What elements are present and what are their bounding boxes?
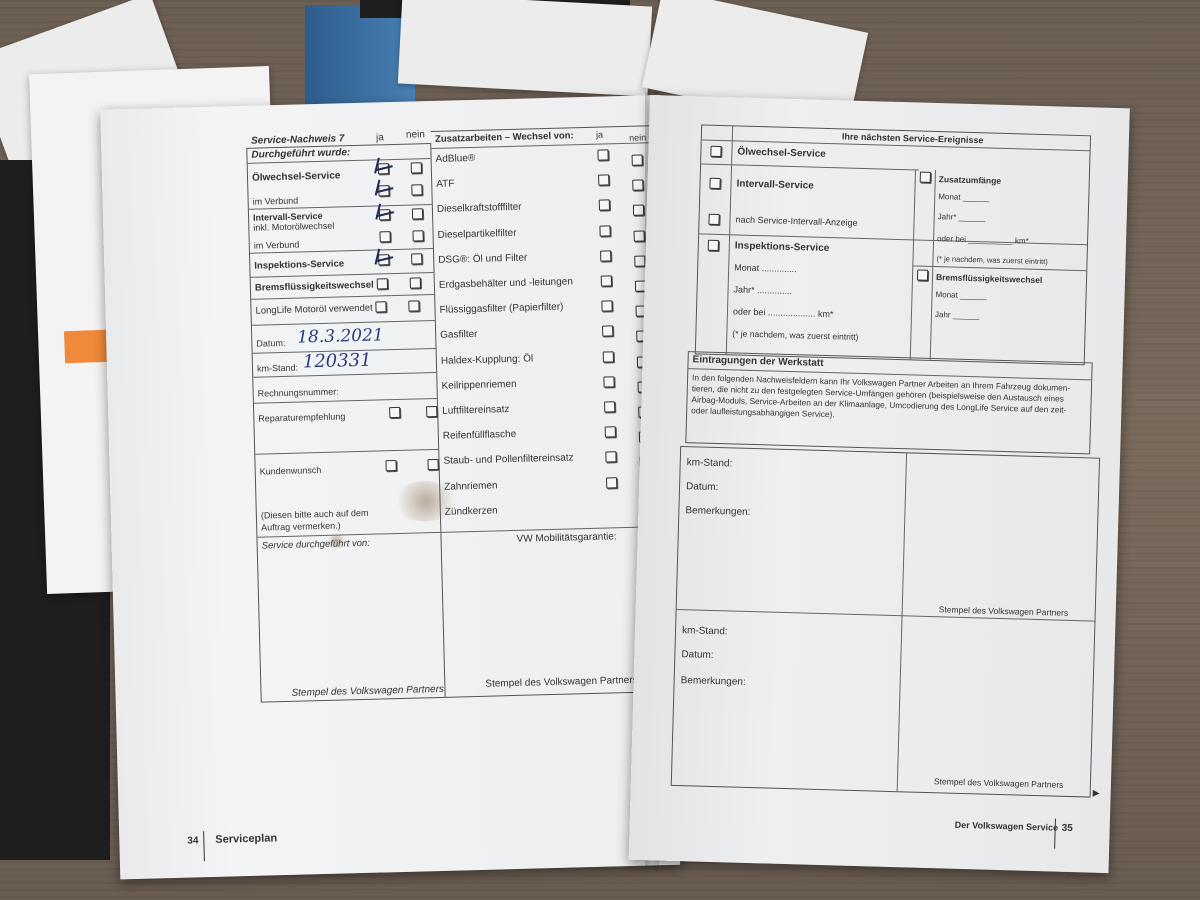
- zusatz-item-label: Luftfiltereinsatz: [442, 404, 510, 417]
- left-page: Service-Nachweis 7 ja nein Durchgeführt …: [100, 95, 680, 879]
- divider: [251, 294, 434, 300]
- zusatz-item-label: Keilrippenriemen: [441, 379, 516, 392]
- zusatz-item-label: AdBlue®: [435, 153, 475, 165]
- kundenwunsch-label: Kundenwunsch: [260, 465, 322, 477]
- zusatz-no-checkbox[interactable]: [632, 154, 643, 165]
- zusatz-no-checkbox[interactable]: [634, 255, 645, 266]
- col-yes-label: ja: [376, 132, 384, 143]
- datum-label: Datum:: [256, 338, 285, 349]
- extras-jahr: Jahr* ______: [938, 212, 986, 222]
- divider: [726, 126, 733, 354]
- reparatur-no-checkbox[interactable]: [426, 406, 437, 417]
- datum-handwritten[interactable]: 18.3.2021: [297, 325, 384, 347]
- rechnung-label: Rechnungsnummer:: [258, 387, 339, 399]
- datum-label-1: Datum:: [686, 481, 719, 493]
- brake-monat: Monat ______: [935, 290, 986, 300]
- extras-label: Zusatzumfänge: [939, 174, 1002, 186]
- verbund2-yes-checkbox[interactable]: [379, 231, 390, 242]
- footer-divider: [1054, 819, 1056, 849]
- inspection-jahr: Jahr* ..............: [733, 284, 792, 296]
- zusatz-yes-checkbox[interactable]: [599, 225, 610, 236]
- divider: [255, 449, 438, 455]
- zusatz-no-checkbox[interactable]: [633, 205, 644, 216]
- row-verbund1-label: im Verbund: [253, 196, 299, 207]
- zusatz-item-label: Haldex-Kupplung: Öl: [441, 353, 534, 366]
- extras-checkbox[interactable]: [920, 172, 931, 183]
- zusatz-no-checkbox[interactable]: [634, 230, 645, 241]
- stamp-label-mid: Stempel des Volkswagen Partners: [485, 675, 638, 690]
- zusatz-yes-checkbox[interactable]: [602, 326, 613, 337]
- interval-label: Intervall-Service: [736, 178, 814, 191]
- divider: [910, 169, 916, 359]
- inspection-monat: Monat ..............: [734, 262, 797, 274]
- zusatz-yes-checkbox[interactable]: [601, 275, 612, 286]
- inspection-label: Inspektions-Service: [735, 240, 830, 254]
- reparatur-yes-checkbox[interactable]: [389, 407, 400, 418]
- stamp-label-2: Stempel des Volkswagen Partners: [934, 776, 1064, 790]
- inspektion-no-checkbox[interactable]: [411, 253, 422, 264]
- durchgefuehrt-label: Durchgeführt wurde:: [251, 147, 350, 161]
- extras-oder: oder bei __________ km*: [937, 234, 1029, 246]
- zusatz-yes-checkbox[interactable]: [600, 250, 611, 261]
- interval-display-checkbox[interactable]: [708, 214, 719, 225]
- background-sheet: [398, 0, 652, 96]
- right-page: Ihre nächsten Service-Ereignisse Ölwechs…: [629, 95, 1130, 873]
- divider: [701, 163, 919, 170]
- divider: [912, 265, 1086, 271]
- service-nachweis-table: Durchgeführt wurde: Ölwechsel-Service im…: [246, 143, 445, 703]
- zusatz-yes-checkbox[interactable]: [605, 426, 616, 437]
- zusatz-yes-checkbox[interactable]: [603, 376, 614, 387]
- workshop-info-box: Eintragungen der Werkstatt In den folgen…: [685, 351, 1092, 454]
- zusatz-yes-checkbox[interactable]: [606, 477, 617, 488]
- reparatur-label: Reparaturempfehlung: [258, 411, 345, 423]
- col-no-label: nein: [406, 129, 425, 140]
- inspection-oder-bei: oder bei ................... km*: [733, 306, 834, 319]
- zusatz-item-label: Flüssiggasfilter (Papierfilter): [439, 302, 563, 316]
- divider: [257, 532, 440, 538]
- section-title-left: Serviceplan: [215, 832, 277, 846]
- divider: [441, 526, 665, 533]
- zusatz-item-label: Staub- und Pollenfiltereinsatz: [443, 453, 573, 467]
- row-brems-label: Bremsflüssigkeitswechsel: [255, 280, 374, 294]
- zusatz-col-yes: ja: [596, 130, 603, 140]
- extras-footnote: (* je nachdem, was zuerst eintritt): [936, 254, 1048, 266]
- brake-label: Bremsflüssigkeitswechsel: [936, 272, 1043, 285]
- row-oelwechsel-label: Ölwechsel-Service: [252, 170, 341, 183]
- intervall-no-checkbox[interactable]: [412, 208, 423, 219]
- divider: [251, 272, 434, 278]
- continue-arrow-icon: ▶: [1093, 788, 1100, 799]
- row-longlife-label: LongLife Motoröl verwendet: [255, 303, 372, 317]
- divider: [254, 398, 437, 404]
- divider: [252, 320, 435, 326]
- zusatz-item-label: DSG®: Öl und Filter: [438, 252, 527, 265]
- zusatz-item-label: Gasfilter: [440, 329, 478, 341]
- zusatz-item-label: Dieselkraftstofffilter: [437, 202, 522, 215]
- stamp-label-left: Stempel des Volkswagen Partners: [291, 684, 444, 699]
- zusatz-yes-checkbox[interactable]: [598, 175, 609, 186]
- datum-label-2: Datum:: [681, 649, 714, 661]
- verbund1-no-checkbox[interactable]: [411, 184, 422, 195]
- section-title-right: Der Volkswagen Service: [955, 820, 1059, 833]
- zusatz-yes-checkbox[interactable]: [599, 200, 610, 211]
- page-number-left: 34: [187, 835, 198, 846]
- bemerkungen-label-2: Bemerkungen:: [681, 675, 746, 688]
- row-inspektion-label: Inspektions-Service: [254, 258, 344, 271]
- interval-display-label: nach Service-Intervall-Anzeige: [735, 214, 857, 227]
- brems-no-checkbox[interactable]: [410, 277, 421, 288]
- note-line1: (Diesen bitte auch auf dem: [261, 508, 369, 521]
- brems-yes-checkbox[interactable]: [377, 278, 388, 289]
- zusatzarbeiten-title: Zusatzarbeiten – Wechsel von:: [435, 130, 574, 145]
- bemerkungen-label-1: Bemerkungen:: [685, 505, 750, 518]
- mobility-label: VW Mobilitätsgarantie:: [516, 531, 616, 545]
- zusatz-yes-checkbox[interactable]: [601, 301, 612, 312]
- brake-checkbox[interactable]: [917, 270, 928, 281]
- zusatz-no-checkbox[interactable]: [632, 180, 643, 191]
- inspektion-yes-checkbox[interactable]: [378, 254, 389, 265]
- workshop-entries-table: km-Stand: Datum: Bemerkungen: Stempel de…: [671, 446, 1100, 798]
- zusatz-item-label: Dieselpartikelfilter: [437, 227, 516, 240]
- page-number-right: 35: [1062, 823, 1073, 834]
- row-verbund2-label: im Verbund: [254, 239, 300, 250]
- footer-divider: [203, 831, 205, 861]
- brake-jahr: Jahr ______: [935, 310, 980, 320]
- verbund2-no-checkbox[interactable]: [412, 230, 423, 241]
- workshop-title: Eintragungen der Werkstatt: [692, 354, 823, 369]
- kundenwunsch-yes-checkbox[interactable]: [385, 460, 396, 471]
- oelwechsel-yes-checkbox[interactable]: [378, 163, 389, 174]
- zusatz-yes-checkbox[interactable]: [605, 452, 616, 463]
- km-label-1: km-Stand:: [687, 457, 733, 469]
- divider: [897, 453, 907, 791]
- oil-label: Ölwechsel-Service: [737, 146, 826, 159]
- km-label: km-Stand:: [257, 363, 298, 374]
- km-label-2: km-Stand:: [682, 625, 728, 637]
- row-intervall-sub: inkl. Motorölwechsel: [253, 221, 334, 233]
- oelwechsel-no-checkbox[interactable]: [411, 162, 422, 173]
- extras-monat: Monat ______: [938, 192, 989, 202]
- zusatz-item-label: Erdgasbehälter und -leitungen: [439, 276, 573, 291]
- kundenwunsch-no-checkbox[interactable]: [427, 459, 438, 470]
- longlife-yes-checkbox[interactable]: [375, 301, 386, 312]
- note-line2: Auftrag vermerken.): [261, 521, 341, 533]
- zusatz-yes-checkbox[interactable]: [603, 351, 614, 362]
- zusatz-col-no: nein: [629, 132, 646, 142]
- intervall-yes-checkbox[interactable]: [379, 209, 390, 220]
- service-by-label: Service durchgeführt von:: [262, 538, 371, 552]
- verbund1-yes-checkbox[interactable]: [378, 185, 389, 196]
- zusatz-yes-checkbox[interactable]: [604, 401, 615, 412]
- next-events-table: Ihre nächsten Service-Ereignisse Ölwechs…: [695, 124, 1091, 365]
- zusatz-item-label: ATF: [436, 179, 454, 190]
- interval-checkbox[interactable]: [709, 178, 720, 189]
- zusatz-item-label: Reifenfüllflasche: [443, 429, 517, 442]
- longlife-no-checkbox[interactable]: [408, 300, 419, 311]
- inspection-footnote: (* je nachdem, was zuerst eintritt): [732, 328, 858, 342]
- oil-checkbox[interactable]: [710, 146, 721, 157]
- zusatz-yes-checkbox[interactable]: [597, 149, 608, 160]
- inspection-checkbox[interactable]: [708, 240, 719, 251]
- km-handwritten[interactable]: 120331: [303, 350, 372, 373]
